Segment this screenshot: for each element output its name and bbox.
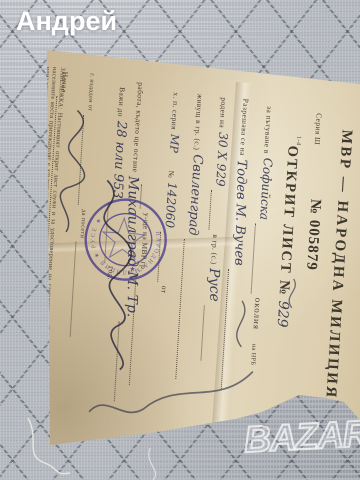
title-number-handwritten: 929 [274, 300, 292, 328]
document-title-row: ОТКРИТ ЛИСТ № 929 [273, 145, 302, 328]
stamp-star-outline [101, 215, 149, 265]
seller-username: Андрей [16, 6, 117, 37]
document-title: ОТКРИТ ЛИСТ № [276, 145, 301, 297]
marketplace-watermark: BAZAR [243, 413, 360, 461]
document-paper: МВР — НАРОДНА МИЛИЦИЯ Серия Ш № 005879 1… [0, 0, 360, 480]
series-label: Серия Ш [313, 113, 324, 145]
form-mark: 1-4 [292, 136, 311, 147]
listing-photo[interactable]: МВР — НАРОДНА МИЛИЦИЯ Серия Ш № 005879 1… [0, 0, 360, 480]
serial-number: № 005879 [303, 199, 323, 272]
document-content: МВР — НАРОДНА МИЛИЦИЯ Серия Ш № 005879 1… [9, 58, 360, 460]
